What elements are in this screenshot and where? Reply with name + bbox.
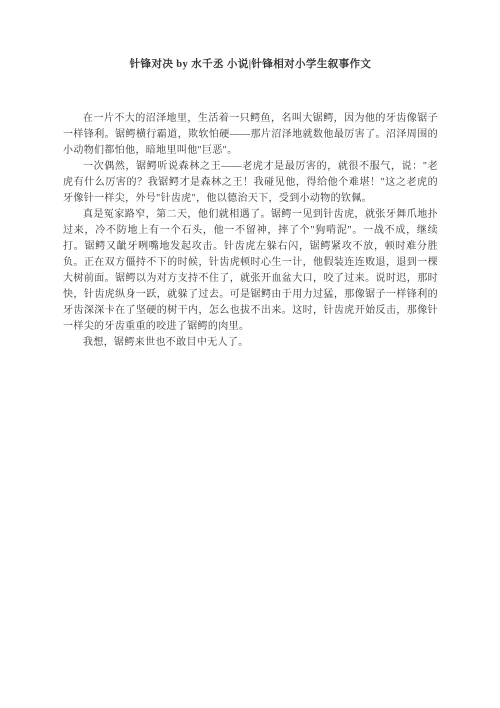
- paragraph-1: 在一片不大的沼泽地里，生活着一只鳄鱼，名叫大锯鳄，因为他的牙齿像锯子一样锋利。锯…: [63, 111, 438, 159]
- document-body: 在一片不大的沼泽地里，生活着一只鳄鱼，名叫大锯鳄，因为他的牙齿像锯子一样锋利。锯…: [63, 111, 438, 351]
- paragraph-4: 我想，锯鳄来世也不敢目中无人了。: [63, 335, 438, 351]
- document-page: 针锋对决 by 水千丞 小说|针锋相对小学生叙事作文 在一片不大的沼泽地里，生活…: [0, 0, 500, 708]
- paragraph-3: 真是冤家路窄，第二天，他们就相遇了。锯鳄一见到针齿虎，就张牙舞爪地扑过来，冷不防…: [63, 207, 438, 335]
- paragraph-2: 一次偶然，锯鳄听说森林之王——老虎才是最厉害的，就很不服气，说："老虎有什么厉害…: [63, 159, 438, 207]
- document-title: 针锋对决 by 水千丞 小说|针锋相对小学生叙事作文: [63, 57, 438, 72]
